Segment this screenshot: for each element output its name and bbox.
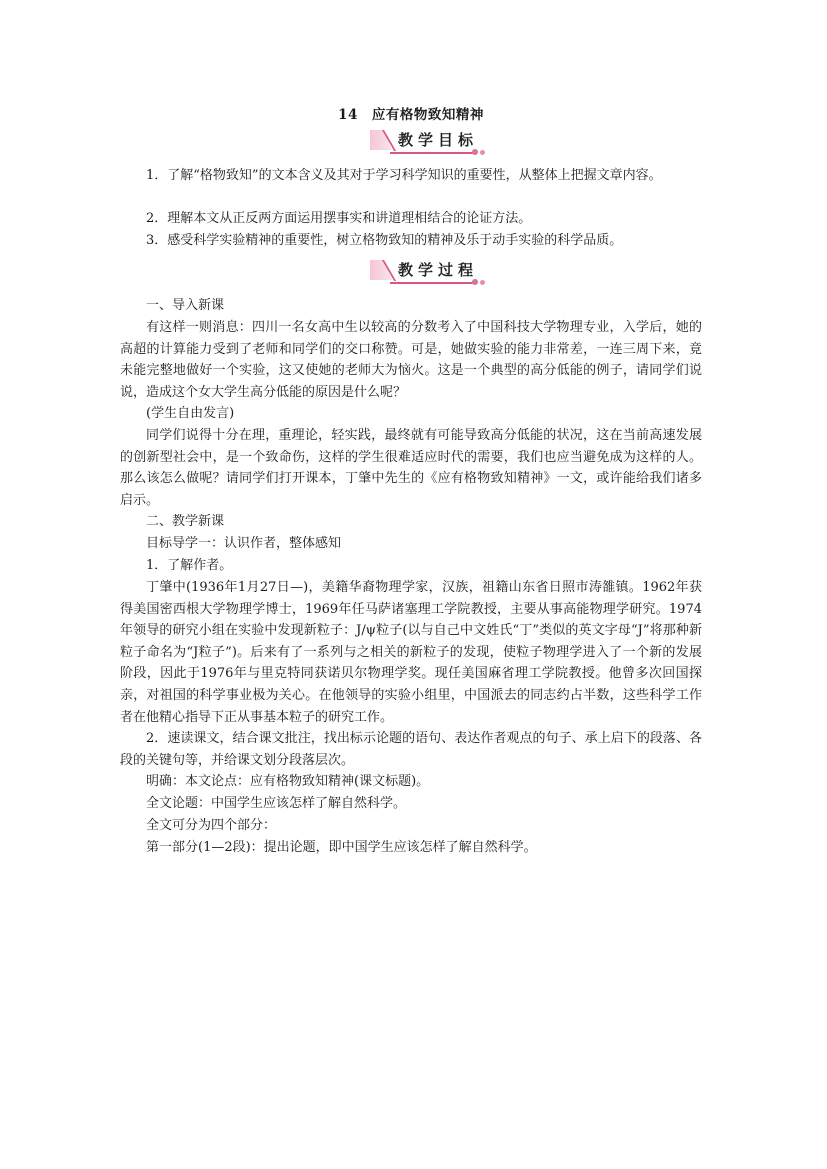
page-title: 14 应有格物致知精神	[120, 103, 702, 123]
badge-dot-icon	[480, 150, 485, 155]
goal-item-2: 2．理解本文从正反两方面运用摆事实和讲道理相结合的论证方法。	[120, 208, 702, 230]
paragraph: 1．了解作者。	[120, 555, 702, 577]
badge-dot-icon	[472, 149, 478, 155]
subheading-intro: 一、导入新课	[120, 295, 702, 317]
paragraph: 全文论题：中国学生应该怎样了解自然科学。	[120, 793, 702, 815]
paragraph: 同学们说得十分在理，重理论，轻实践，最终就有可能导致高分低能的状况，这在当前高速…	[120, 425, 702, 511]
badge-underline	[390, 282, 474, 284]
paragraph: 全文可分为四个部分：	[120, 815, 702, 837]
subheading-new-lesson: 二、教学新课	[120, 511, 702, 533]
paragraph: 明确：本文论点：应有格物致知精神(课文标题)。	[120, 771, 702, 793]
section-badge-process: 教学过程	[370, 258, 488, 286]
section-badge-goals: 教学目标	[370, 128, 488, 156]
section-heading-goals: 教学目标	[398, 129, 478, 150]
badge-dot-icon	[480, 280, 485, 285]
paragraph: 第一部分(1—2段)：提出论题，即中国学生应该怎样了解自然科学。	[120, 837, 702, 859]
paragraph: (学生自由发言)	[120, 403, 702, 425]
goal-item-1: 1．了解“格物致知”的文本含义及其对于学习科学知识的重要性，从整体上把握文章内容…	[120, 165, 702, 187]
paragraph: 有这样一则消息：四川一名女高中生以较高的分数考入了中国科技大学物理专业，入学后，…	[120, 317, 702, 403]
subheading-goal-1: 目标导学一：认识作者，整体感知	[120, 533, 702, 555]
goal-item-3: 3．感受科学实验精神的重要性，树立格物致知的精神及乐于动手实验的科学品质。	[120, 230, 702, 252]
badge-underline	[390, 152, 474, 154]
badge-dot-icon	[472, 279, 478, 285]
paragraph: 2．速读课文，结合课文批注，找出标示论题的语句、表达作者观点的句子、承上启下的段…	[120, 728, 702, 771]
paragraph-author-bio: 丁肇中(1936年1月27日—)，美籍华裔物理学家，汉族，祖籍山东省日照市涛雒镇…	[120, 577, 702, 728]
section-heading-process: 教学过程	[398, 259, 478, 280]
